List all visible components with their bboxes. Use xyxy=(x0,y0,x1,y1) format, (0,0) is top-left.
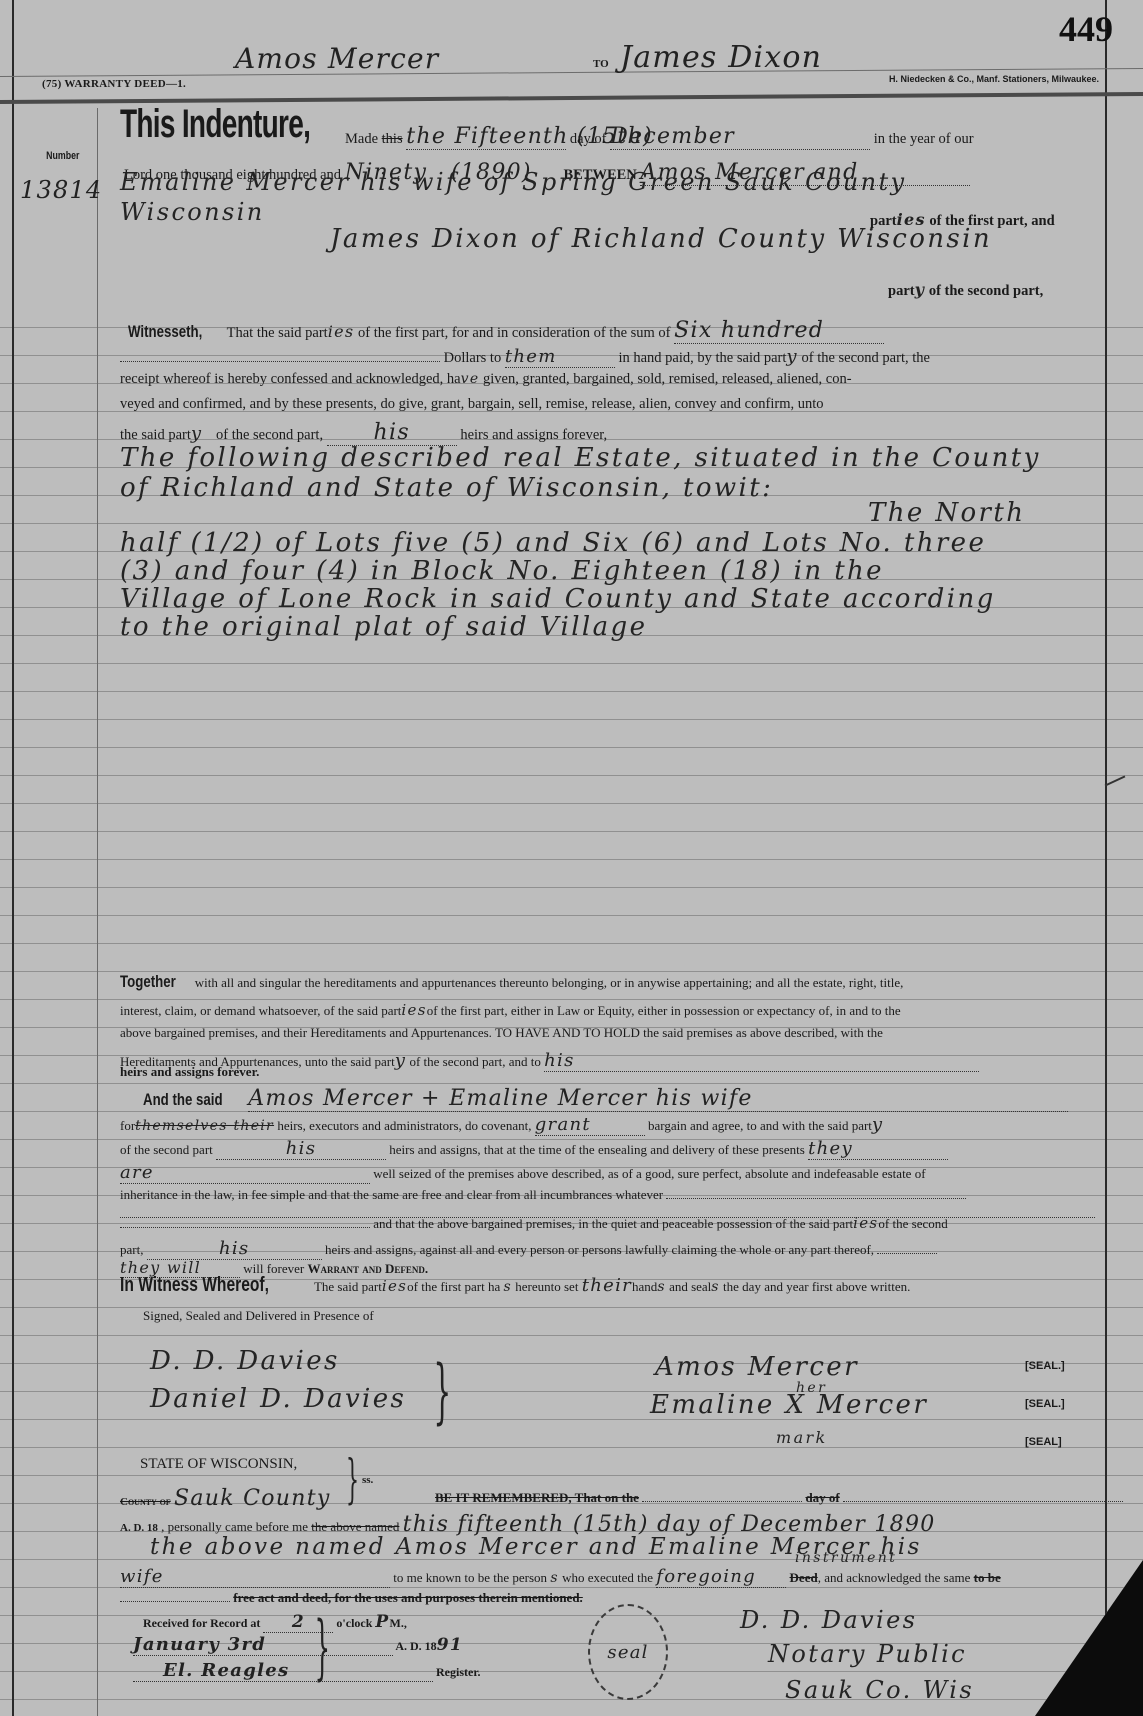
fill: grant xyxy=(535,1114,645,1136)
text: of the second xyxy=(878,1216,947,1231)
witness-signature-2: Daniel D. Davies xyxy=(150,1384,406,1414)
fill: P xyxy=(375,1612,389,1632)
text: day of xyxy=(805,1490,839,1505)
text: the said part xyxy=(120,427,191,443)
text: o'clock xyxy=(336,1616,372,1630)
covenant-line-8: part, his heirs and assigns, against all… xyxy=(120,1238,937,1260)
form-number: (75) WARRANTY DEED—1. xyxy=(42,78,186,90)
text: receipt whereof is hereby confessed and … xyxy=(120,371,461,387)
fill: themselves their xyxy=(135,1118,274,1134)
witness-signature-1: D. D. Davies xyxy=(150,1346,340,1376)
covenant-line-3: of the second part his heirs and assigns… xyxy=(120,1138,948,1160)
fill: them xyxy=(505,346,615,368)
fill: his xyxy=(216,1138,386,1160)
state-line: STATE OF WISCONSIN, xyxy=(140,1456,297,1473)
fill: y xyxy=(395,1050,406,1071)
signed-sealed-line: Signed, Sealed and Delivered in Presence… xyxy=(143,1308,374,1324)
text: in hand paid, by the said part xyxy=(618,350,786,366)
fill: s xyxy=(550,1570,559,1586)
indenture-title: This Indenture, xyxy=(120,102,310,147)
margin-line xyxy=(97,108,98,1716)
day-fill: the Fifteenth (15th) xyxy=(406,124,566,150)
ss-label: ss. xyxy=(362,1474,373,1486)
text: and seal xyxy=(669,1279,711,1294)
grantor-signature-1: Amos Mercer xyxy=(655,1352,859,1382)
header-to: TO xyxy=(593,58,609,70)
fill: ve xyxy=(461,371,480,387)
made-struck: this xyxy=(382,131,403,147)
text: of the first part, for and in considerat… xyxy=(358,325,670,341)
witness-brace: } xyxy=(433,1350,451,1432)
text: part, xyxy=(120,1242,143,1257)
left-border-line xyxy=(12,0,14,1716)
fill: y xyxy=(872,1114,883,1135)
text: A. D. 18 xyxy=(395,1639,436,1653)
text: free act and deed, for the uses and purp… xyxy=(233,1590,583,1605)
her-mark-bottom: mark xyxy=(776,1428,828,1447)
text: who executed the xyxy=(562,1570,653,1585)
fill: 91 xyxy=(437,1635,463,1655)
description-line-2: of Richland and State of Wisconsin, towi… xyxy=(120,473,773,503)
right-border-line xyxy=(1105,0,1107,1716)
record-line-1: Received for Record at 2 o'clock PM., xyxy=(143,1612,407,1633)
fill: s xyxy=(504,1279,513,1295)
witnesseth-line-2: Dollars to them in hand paid, by the sai… xyxy=(120,346,930,368)
seal-label-2: [SEAL.] xyxy=(1025,1398,1065,1410)
fill: their xyxy=(582,1275,632,1296)
text: hereunto set xyxy=(515,1279,578,1294)
fill: foregoing xyxy=(656,1566,786,1588)
fill: January 3rd xyxy=(133,1634,393,1656)
notary-title: Notary Public xyxy=(768,1640,967,1668)
deed-page: 449 Amos Mercer TO James Dixon (75) WARR… xyxy=(0,0,1143,1716)
ss-brace: } xyxy=(346,1450,359,1510)
description-line-3: The North xyxy=(868,498,1025,528)
stationer-imprint: H. Niedecken & Co., Manf. Stationers, Mi… xyxy=(889,74,1099,84)
in-witness-label: In Witness Whereof, xyxy=(120,1274,269,1297)
text: heirs, executors and administrators, do … xyxy=(277,1118,531,1133)
page-number: 449 xyxy=(1059,8,1113,50)
made-label: Made xyxy=(345,131,378,147)
text: for xyxy=(120,1118,135,1133)
county-line: County of Sauk County xyxy=(120,1486,331,1511)
text: , personally came before me xyxy=(161,1519,308,1534)
witnesseth-line-1: Witnesseth, That the said parties of the… xyxy=(128,318,884,344)
part-label-2: part xyxy=(888,283,915,299)
text: of the second part, xyxy=(216,427,323,443)
fill: ies xyxy=(853,1214,878,1232)
seal-label-1: [SEAL.] xyxy=(1025,1360,1065,1372)
instrument-fill: instrument xyxy=(795,1550,897,1566)
fill: y xyxy=(191,423,202,444)
text: The said part xyxy=(314,1279,382,1294)
year-of-our-label: in the year of our xyxy=(874,131,974,147)
fill: they xyxy=(808,1138,948,1160)
be-it-remembered-line: BE IT REMEMBERED, That on the day of xyxy=(435,1490,1123,1506)
text: Register. xyxy=(436,1665,481,1679)
in-witness-line: In Witness Whereof, The said partiesof t… xyxy=(120,1274,910,1297)
fill: El. Reagles xyxy=(133,1660,433,1682)
notary-name: D. D. Davies xyxy=(740,1606,917,1634)
covenant-line-2: forthemselves their heirs, executors and… xyxy=(120,1114,883,1136)
text: That the said part xyxy=(227,325,328,341)
text: heirs and assigns, against all and every… xyxy=(325,1242,874,1257)
text: , and acknowledged the same xyxy=(818,1570,971,1585)
covenant-line-5: inheritance in the law, in fee simple an… xyxy=(120,1187,966,1203)
text: to be xyxy=(974,1570,1001,1585)
fill: his xyxy=(544,1050,979,1072)
text: bargain and agree, to and with the said … xyxy=(648,1118,872,1133)
seal-text: seal xyxy=(607,1642,648,1663)
text: to me known to be the person xyxy=(393,1570,547,1585)
together-label: Together xyxy=(120,972,176,992)
text: and that the above bargained premises, i… xyxy=(373,1216,853,1231)
fill: ies xyxy=(382,1277,407,1295)
text: with all and singular the hereditaments … xyxy=(195,975,904,990)
record-number: 13814 xyxy=(20,176,102,204)
fill: y xyxy=(786,346,797,367)
county-label: County of xyxy=(120,1496,171,1508)
description-line-6: Village of Lone Rock in said County and … xyxy=(120,584,996,614)
indenture-made-line: Made this the Fifteenth (15th) day of De… xyxy=(345,124,974,150)
text: inheritance in the law, in fee simple an… xyxy=(120,1187,663,1202)
notary-location: Sauk Co. Wis xyxy=(785,1676,974,1704)
number-label: Number xyxy=(46,150,79,162)
record-brace: } xyxy=(314,1606,330,1688)
fill: are xyxy=(120,1162,370,1184)
record-line-2: January 3rd A. D. 1891 xyxy=(133,1634,463,1656)
witnesseth-line-3: receipt whereof is hereby confessed and … xyxy=(120,371,852,388)
day-of-label: day of xyxy=(570,131,607,147)
together-line-3: above bargained premises, and their Here… xyxy=(120,1025,883,1041)
witnesseth-label: Witnesseth, xyxy=(128,322,202,342)
fill: s xyxy=(711,1279,720,1295)
description-line-7: to the original plat of said Village xyxy=(120,612,647,642)
together-line-2: interest, claim, or demand whatsoever, o… xyxy=(120,1001,901,1019)
fill: wife xyxy=(120,1566,390,1588)
text: interest, claim, or demand whatsoever, o… xyxy=(120,1003,401,1018)
notary-seal: seal xyxy=(588,1604,668,1700)
header-grantor: Amos Mercer xyxy=(235,42,439,75)
text: the above named xyxy=(311,1519,399,1534)
seal-label-3: [SEAL] xyxy=(1025,1436,1062,1448)
text: of the first part ha xyxy=(407,1279,500,1294)
header-grantee: James Dixon xyxy=(620,40,822,75)
together-line-5: heirs and assigns forever. xyxy=(120,1064,259,1080)
text: heirs and assigns forever, xyxy=(460,427,607,443)
grantee-fill: James Dixon of Richland County Wisconsin xyxy=(330,224,992,254)
fill: his xyxy=(147,1238,322,1260)
record-line-3: El. Reagles Register. xyxy=(133,1660,481,1682)
text: heirs and assigns, that at the time of t… xyxy=(389,1142,805,1157)
text: the day and year first above written. xyxy=(723,1279,910,1294)
second-part-suffix: y xyxy=(915,280,926,299)
grantor-fill-3: Wisconsin xyxy=(120,198,265,226)
covenant-line-7: and that the above bargained premises, i… xyxy=(120,1214,948,1232)
text: Dollars to xyxy=(444,350,502,366)
text: Received for Record at xyxy=(143,1616,260,1630)
description-line-1: The following described real Estate, sit… xyxy=(120,443,1041,473)
description-line-5: (3) and four (4) in Block No. Eighteen (… xyxy=(120,556,884,586)
text: of the second part xyxy=(120,1142,213,1157)
county-fill: Sauk County xyxy=(174,1486,331,1511)
fill: s xyxy=(657,1279,666,1295)
and-the-said-label: And the said xyxy=(143,1090,223,1110)
fill: ies xyxy=(401,1001,426,1019)
month-fill: December xyxy=(610,124,870,150)
text: of the second part, the xyxy=(802,350,930,366)
text: M., xyxy=(390,1616,407,1630)
description-line-4: half (1/2) of Lots five (5) and Six (6) … xyxy=(120,528,986,558)
fill: ies xyxy=(328,322,355,341)
text: given, granted, bargained, sold, remised… xyxy=(483,371,852,387)
covenant-line-4: are well seized of the premises above de… xyxy=(120,1162,926,1184)
text: of the second part, and to xyxy=(409,1054,540,1069)
second-part-line: party of the second part, xyxy=(888,280,1043,300)
text: A. D. 18 xyxy=(120,1522,158,1534)
witnesseth-line-4: veyed and confirmed, and by these presen… xyxy=(120,396,824,413)
together-line-1: Together with all and singular the hered… xyxy=(120,972,903,992)
ack-line-4: wife to me known to be the person s who … xyxy=(120,1566,1001,1588)
second-part-tail: of the second part, xyxy=(929,283,1043,299)
covenant-line-1: And the said Amos Mercer + Emaline Merce… xyxy=(143,1086,1068,1112)
grantor-signature-2: Emaline X Mercer xyxy=(650,1390,928,1420)
text: hand xyxy=(632,1279,657,1294)
text: of the first part, either in Law or Equi… xyxy=(427,1003,901,1018)
names-fill: Amos Mercer + Emaline Mercer his wife xyxy=(248,1086,1068,1112)
ack-line-5: free act and deed, for the uses and purp… xyxy=(120,1590,583,1606)
text: Deed xyxy=(790,1570,818,1585)
sum-fill: Six hundred xyxy=(674,318,884,344)
text: BE IT REMEMBERED, That on the xyxy=(435,1490,639,1505)
grantor-fill-2: Emaline Mercer his wife of Spring Green … xyxy=(120,168,906,196)
text: well seized of the premises above descri… xyxy=(373,1166,925,1181)
